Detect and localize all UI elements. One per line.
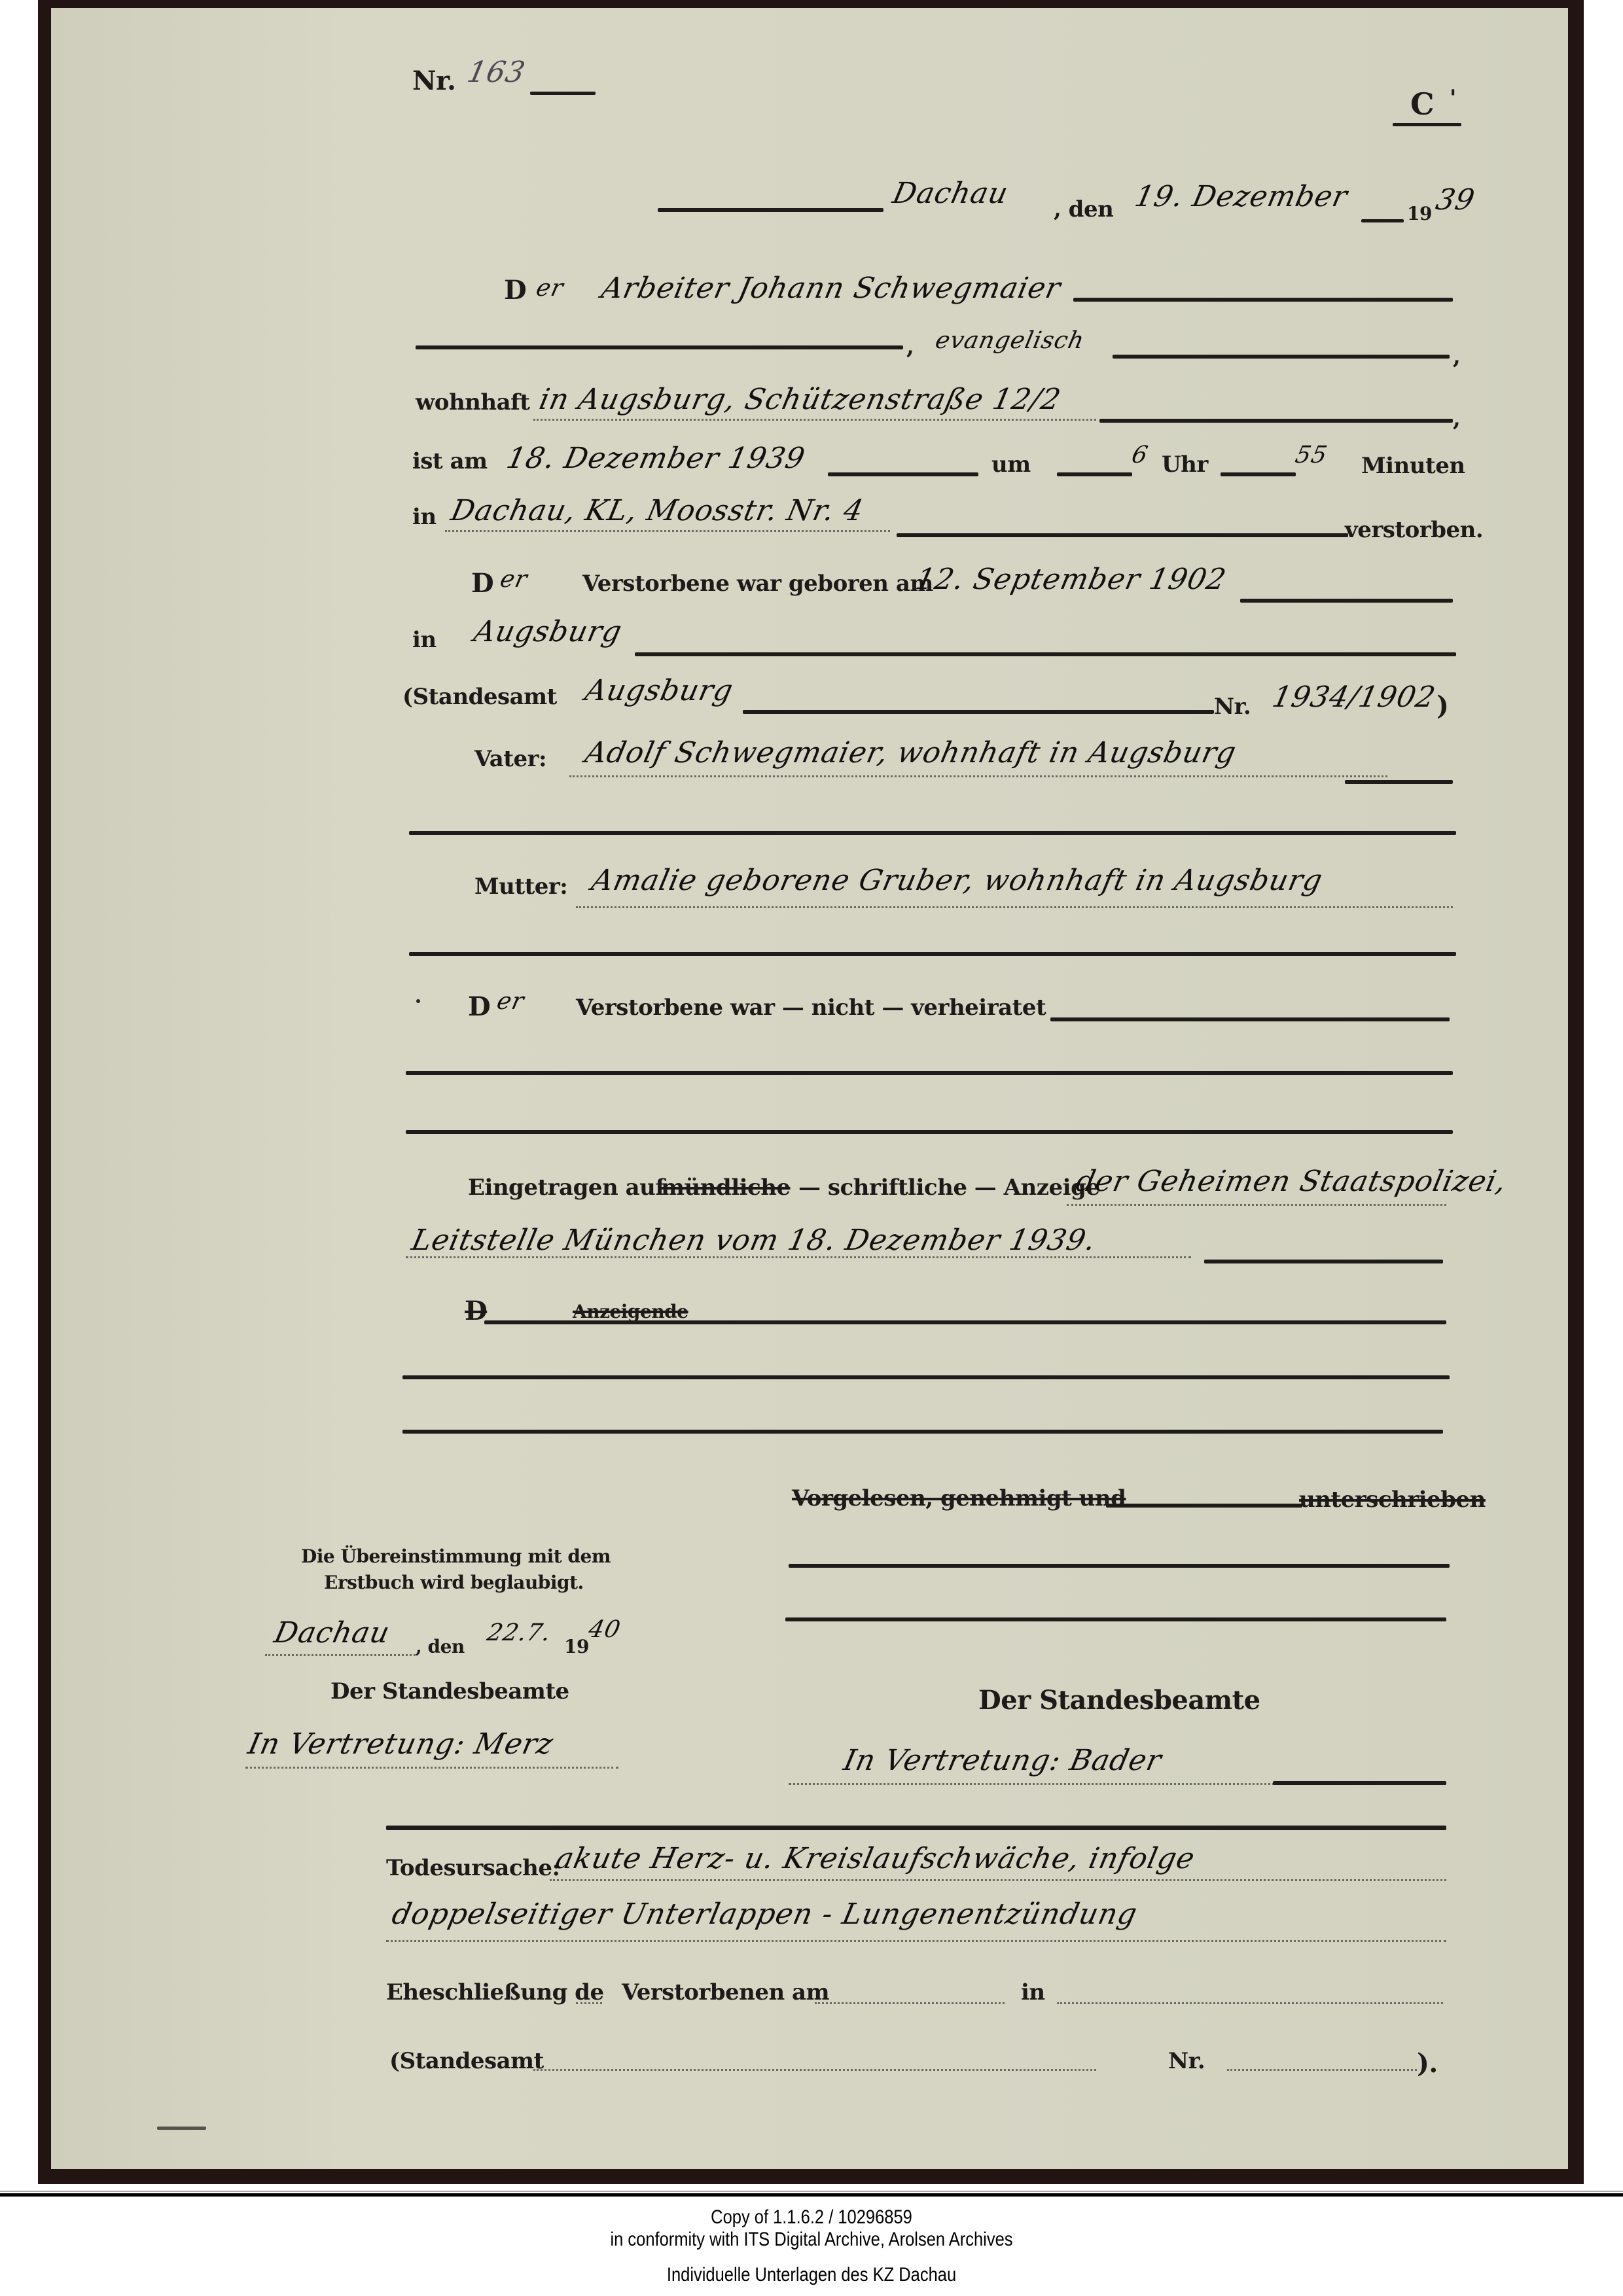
den-label: , den — [1054, 196, 1113, 222]
rule — [828, 472, 978, 476]
rule — [1393, 123, 1461, 126]
marriage-label2: Verstorbenen am — [622, 1979, 829, 2005]
residence-label: wohnhaft — [416, 389, 529, 415]
cause-line1: akute Herz- u. Kreislaufschwäche, infolg… — [553, 1842, 1198, 1875]
comma: , — [906, 334, 914, 360]
rule — [484, 1320, 1446, 1324]
deceased-prefix-fill: er — [534, 275, 566, 302]
rule — [743, 710, 1214, 714]
cause-line2: doppelseitiger Unterlappen - Lungenentzü… — [389, 1898, 1141, 1931]
corner-tick: ' — [1450, 85, 1456, 111]
rule — [1273, 1781, 1446, 1785]
religion: evangelisch — [933, 327, 1087, 354]
uhr-label: Uhr — [1162, 451, 1208, 478]
birth-nr-label: Nr. — [1214, 694, 1251, 720]
registration-label-end: — schriftliche — Anzeige — [798, 1174, 1099, 1201]
rule — [1361, 219, 1404, 222]
birth-date: 12. September 1902 — [913, 563, 1230, 596]
rule — [402, 1375, 1450, 1379]
rule — [1099, 419, 1453, 423]
section-divider — [386, 1826, 1446, 1830]
birth-nr: 1934/1902 — [1270, 680, 1439, 714]
certification-official-label: Der Standesbeamte — [330, 1678, 569, 1704]
um-label: um — [991, 451, 1031, 478]
birth-standesamt-label: (Standesamt — [402, 684, 557, 710]
minutes: 55 — [1293, 442, 1330, 468]
rule — [1050, 1017, 1450, 1021]
rule — [1345, 780, 1453, 784]
rule — [785, 1617, 1446, 1621]
approval-label-left: Vorgelesen, genehmigt und — [792, 1485, 1126, 1511]
birth-prefix: D — [471, 568, 493, 599]
rule — [1221, 472, 1296, 476]
certification-place: Dachau — [272, 1616, 393, 1650]
mother-label: Mutter: — [474, 874, 567, 900]
marriage-nr-label: Nr. — [1168, 2048, 1205, 2074]
footer-rule — [0, 2193, 1623, 2197]
rule — [1106, 1504, 1302, 1508]
death-place: Dachau, KL, Moosstr. Nr. 4 — [448, 494, 867, 527]
mother: Amalie geborene Gruber, wohnhaft in Augs… — [589, 864, 1326, 897]
register-number-label: Nr. — [412, 65, 455, 96]
registration-line1: der Geheimen Staatspolizei, — [1073, 1165, 1510, 1198]
minutes-label: Minuten — [1361, 453, 1465, 479]
certification-line2: Erstbuch wird beglaubigt. — [324, 1572, 584, 1593]
certification-line1: Die Übereinstimmung mit dem — [301, 1545, 611, 1567]
certification-date: 22.7. — [485, 1619, 554, 1646]
register-number: 163 — [465, 56, 529, 89]
deceased-name: Arbeiter Johann Schwegmaier — [599, 272, 1064, 305]
residence: in Augsburg, Schützenstraße 12/2 — [537, 383, 1064, 416]
rule — [1113, 355, 1450, 359]
comma: , — [1453, 344, 1460, 370]
deceased-prefix: D — [504, 275, 526, 306]
marriage-close: ). — [1417, 2048, 1438, 2079]
rule — [897, 533, 1348, 537]
rule — [406, 1071, 1453, 1075]
registrar-label: Der Standesbeamte — [978, 1685, 1260, 1716]
rule — [1073, 298, 1453, 302]
rule — [402, 1430, 1443, 1434]
rule — [658, 208, 883, 212]
rule — [409, 831, 1456, 835]
marriage-standesamt-label: (Standesamt — [389, 2048, 544, 2074]
rule — [416, 345, 903, 349]
rule — [1240, 599, 1453, 603]
marriage-in-label: in — [1021, 1979, 1045, 2005]
footer-copy-id: Copy of 1.1.6.2 / 10296859 — [122, 2206, 1501, 2229]
registrar-signature: In Vertretung: Bader — [841, 1744, 1165, 1777]
certification-year-suffix: 40 — [586, 1616, 624, 1643]
rule — [789, 1564, 1450, 1568]
footer-collection: Individuelle Unterlagen des KZ Dachau — [122, 2264, 1501, 2286]
date: 19. Dezember — [1132, 180, 1351, 213]
comma: , — [1453, 406, 1460, 432]
footer-conformity: in conformity with ITS Digital Archive, … — [122, 2229, 1501, 2251]
certification-signature: In Vertretung: Merz — [245, 1727, 557, 1761]
death-date: 18. Dezember 1939 — [504, 442, 808, 475]
birth-place: Augsburg — [471, 615, 625, 648]
birth-label: Verstorbene war geboren am — [582, 571, 933, 597]
marital-prefix-fill: er — [495, 988, 527, 1015]
death-date-label: ist am — [412, 448, 488, 474]
certification-den-label: , den — [416, 1636, 465, 1657]
margin-mark — [157, 2127, 206, 2130]
birth-prefix-fill: er — [498, 566, 530, 593]
rule — [635, 652, 1456, 656]
year-suffix: 39 — [1433, 183, 1478, 217]
birth-standesamt: Augsburg — [582, 674, 736, 707]
corner-mark: C — [1410, 86, 1434, 122]
rule — [1057, 472, 1132, 476]
registration-label-start: Eingetragen auf — [468, 1174, 664, 1201]
place: Dachau — [890, 177, 1012, 210]
marriage-label: Eheschließung de — [386, 1979, 604, 2005]
birth-close: ) — [1436, 690, 1448, 721]
rule — [409, 952, 1456, 956]
rule — [1204, 1260, 1443, 1263]
approval-label-right: unterschrieben — [1299, 1487, 1486, 1513]
rule — [406, 1130, 1453, 1134]
year-prefix: 19 — [1407, 203, 1432, 224]
informant-label: Anzeigende — [573, 1301, 688, 1322]
marital-text: Verstorbene war — nicht — verheiratet — [576, 995, 1046, 1021]
verstorben-label: verstorben. — [1345, 517, 1483, 543]
father: Adolf Schwegmaier, wohnhaft in Augsburg — [582, 736, 1240, 769]
father-label: Vater: — [474, 746, 546, 772]
registration-line2: Leitstelle München vom 18. Dezember 1939… — [409, 1224, 1099, 1257]
rule — [530, 92, 596, 95]
cause-label: Todesursache: — [386, 1855, 560, 1881]
registration-struck-option: mündliche — [661, 1174, 791, 1201]
birth-in-label: in — [412, 627, 437, 653]
death-place-label: in — [412, 504, 437, 530]
certification-year-prefix: 19 — [564, 1636, 589, 1657]
marital-prefix: D — [468, 991, 490, 1022]
